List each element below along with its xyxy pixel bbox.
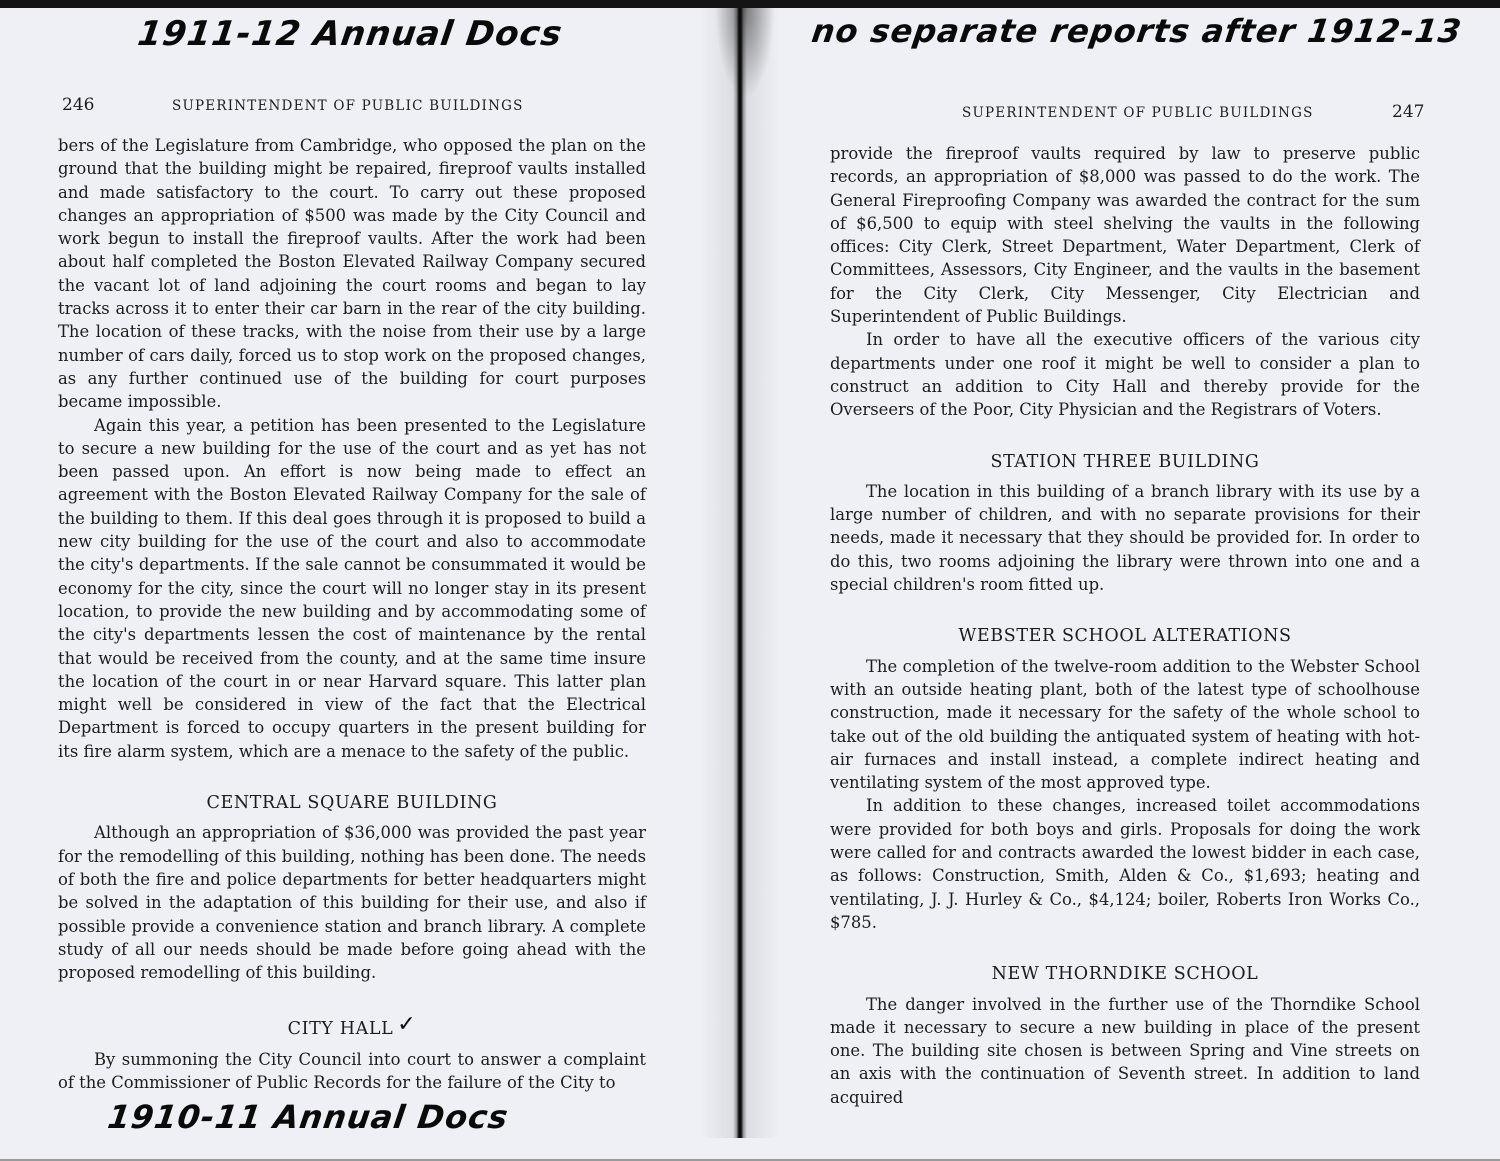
page-number: 246 <box>62 95 94 115</box>
book-spine <box>733 8 747 1138</box>
paragraph: The danger involved in the further use o… <box>830 993 1420 1109</box>
paragraph: The completion of the twelve-room additi… <box>830 655 1420 795</box>
scan-top-edge <box>0 0 1500 8</box>
section-heading-text: CITY HALL <box>288 1019 394 1039</box>
section-heading: STATION THREE BUILDING <box>830 451 1420 474</box>
page-body: provide the fireproof vaults required by… <box>830 142 1420 1109</box>
handwritten-note-left-top: 1911-12 Annual Docs <box>135 14 565 54</box>
paragraph: Again this year, a petition has been pre… <box>58 414 646 763</box>
page-body: bers of the Legislature from Cambridge, … <box>58 134 646 1094</box>
handwritten-check-icon: ✓ <box>397 1012 416 1037</box>
paragraph: Although an appropriation of $36,000 was… <box>58 821 646 984</box>
handwritten-note-right-top: no separate reports after 1912-13 <box>809 12 1464 50</box>
paragraph: In order to have all the executive offic… <box>830 328 1420 421</box>
paragraph: The location in this building of a branc… <box>830 480 1420 596</box>
paragraph: bers of the Legislature from Cambridge, … <box>58 134 646 414</box>
section-heading-with-check: CITY HALL✓ <box>58 1013 646 1041</box>
paragraph: provide the fireproof vaults required by… <box>830 142 1420 328</box>
running-head: SUPERINTENDENT OF PUBLIC BUILDINGS <box>962 105 1314 121</box>
section-heading: WEBSTER SCHOOL ALTERATIONS <box>830 625 1420 648</box>
running-head: SUPERINTENDENT OF PUBLIC BUILDINGS <box>172 98 524 114</box>
handwritten-note-left-bottom: 1910-11 Annual Docs <box>105 1098 511 1136</box>
page-number: 247 <box>1392 102 1424 122</box>
paragraph: By summoning the City Council into court… <box>58 1048 646 1095</box>
section-heading: NEW THORNDIKE SCHOOL <box>830 963 1420 986</box>
section-heading: CENTRAL SQUARE BUILDING <box>58 792 646 815</box>
paragraph: In addition to these changes, increased … <box>830 794 1420 934</box>
